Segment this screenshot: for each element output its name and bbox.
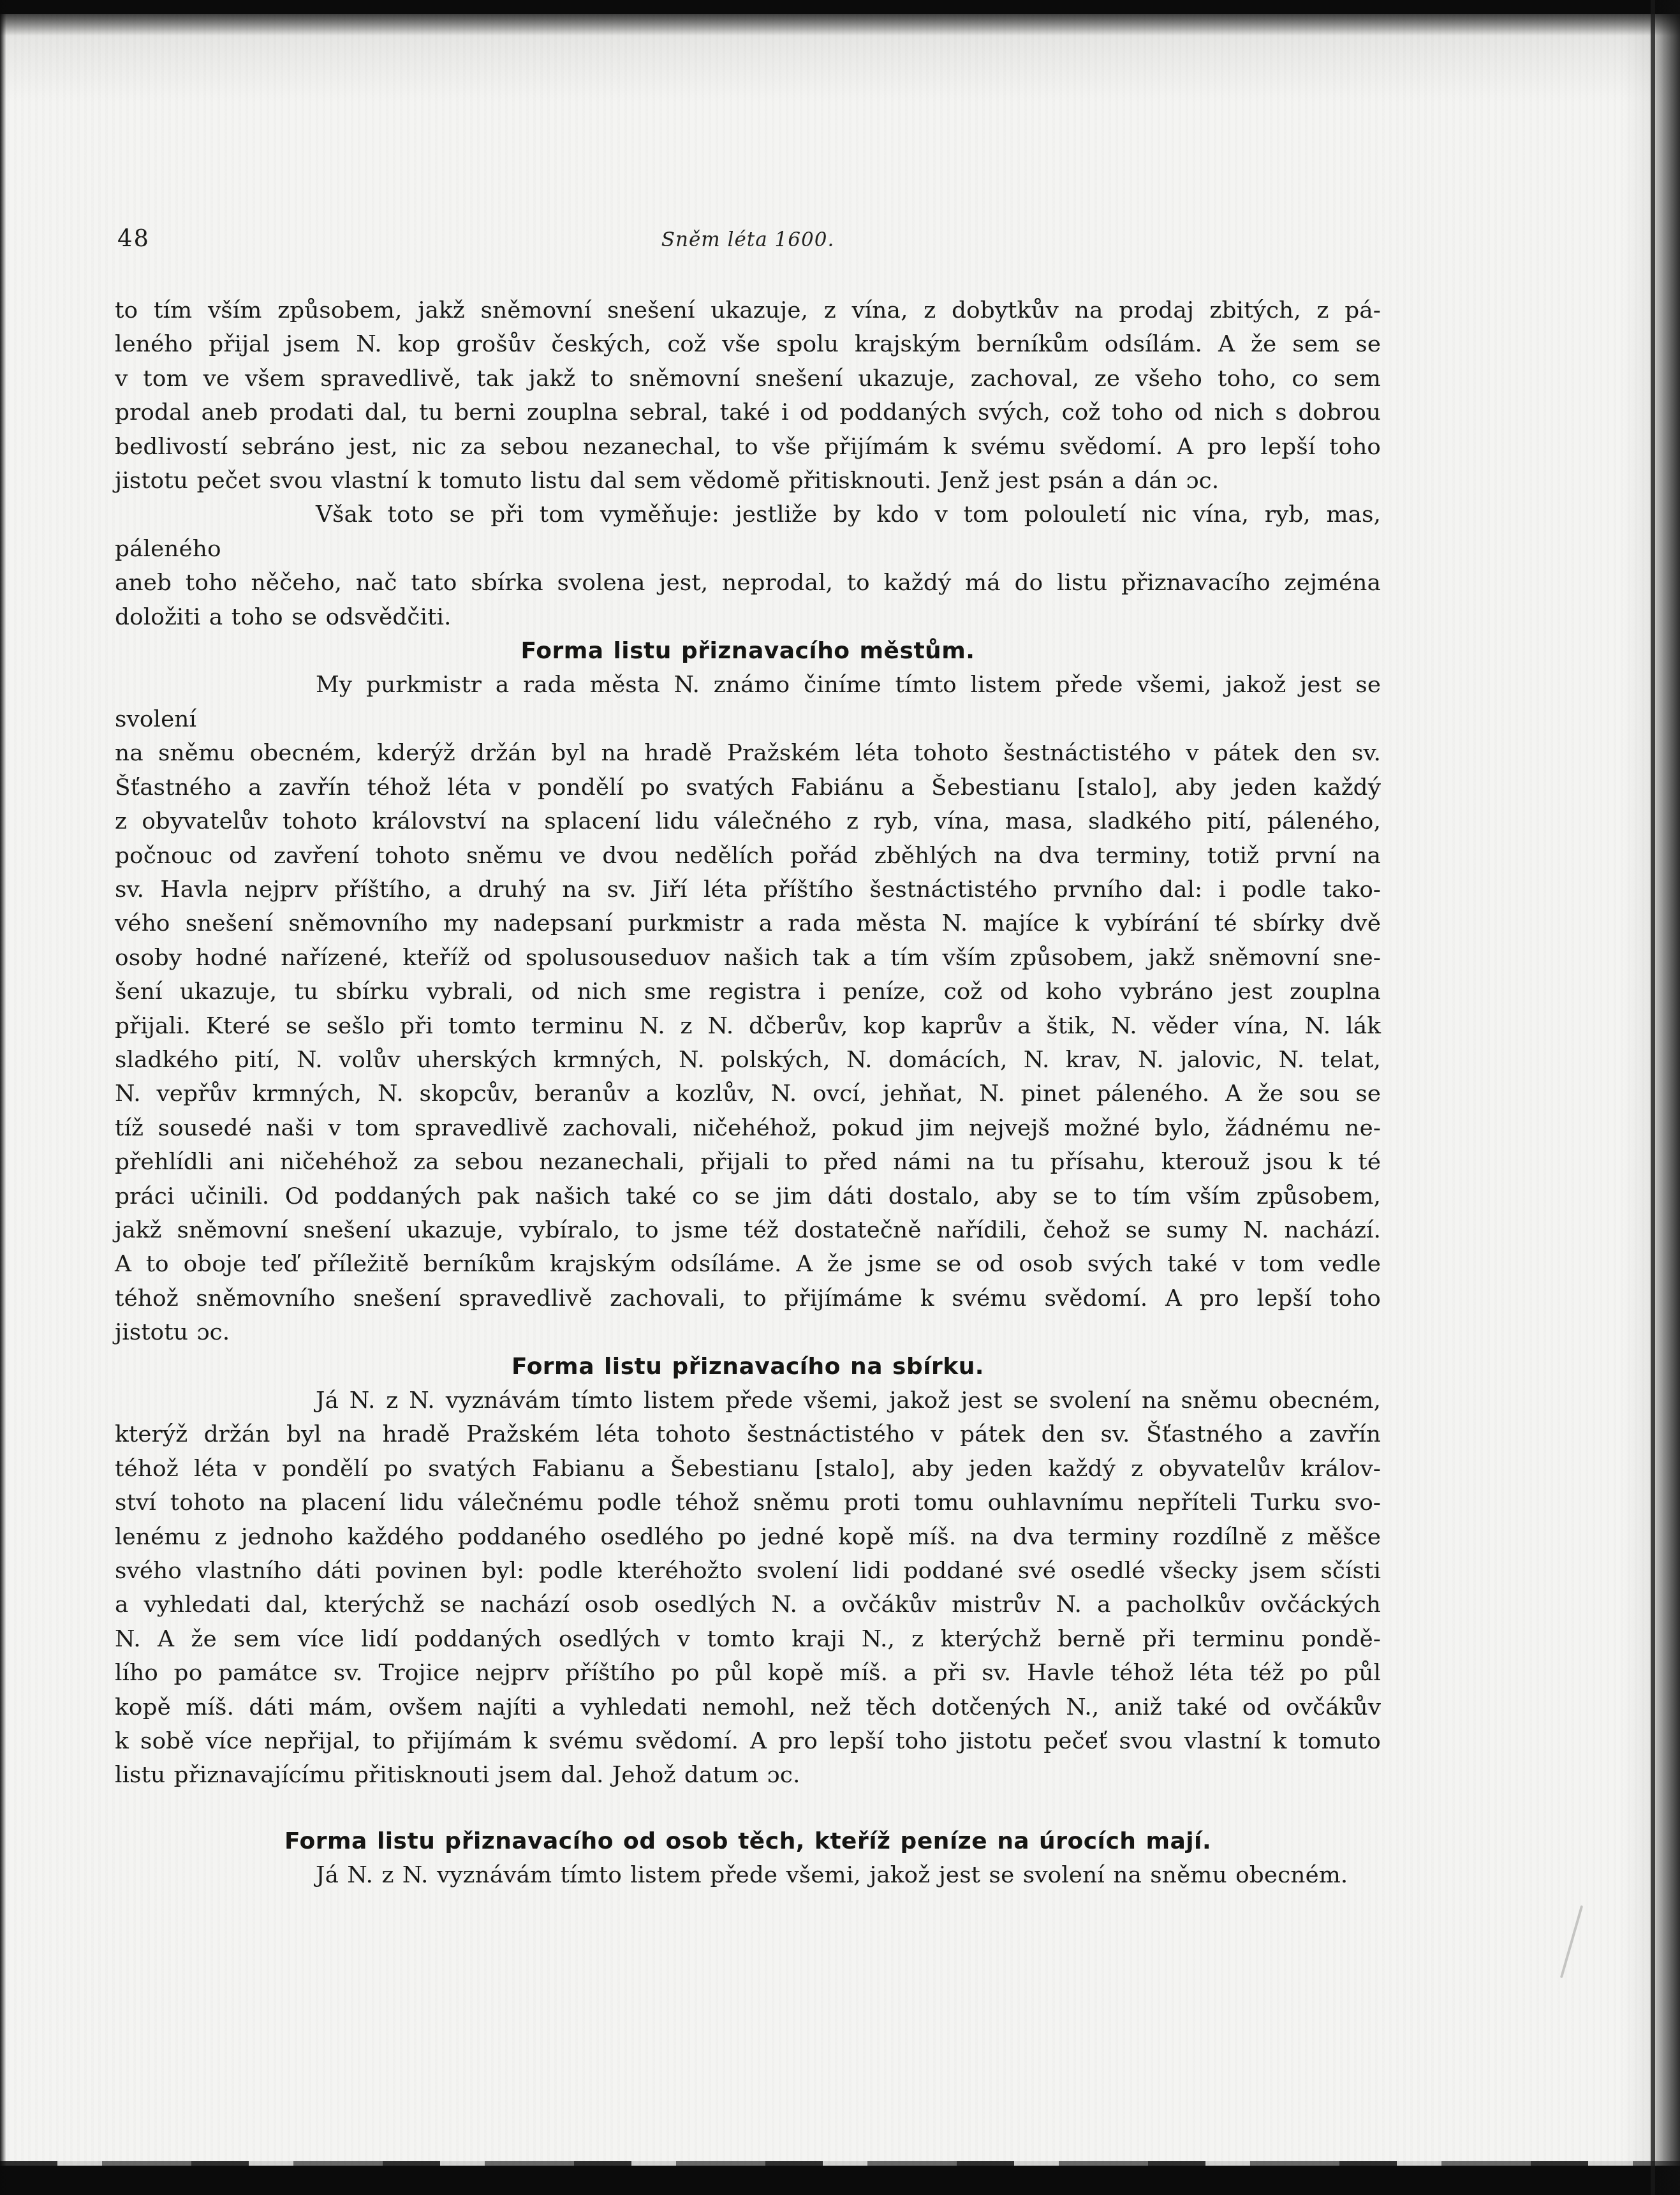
section-heading-1: Forma listu přiznavacího městům. <box>115 634 1381 668</box>
page-text-block: to tím vším způsobem, jakž sněmovní sneš… <box>115 293 1381 1893</box>
scan-edge-top <box>0 0 1680 14</box>
section-heading-2: Forma listu přiznavacího na sbírku. <box>115 1350 1381 1384</box>
scan-edge-top-fade <box>0 14 1680 36</box>
scanned-book-page: { "page": { "number": "48", "running_tit… <box>0 0 1680 2195</box>
body-paragraph-2: Však toto se při tom vyměňuje: jestliže … <box>115 498 1381 634</box>
scan-edge-right-line <box>1651 0 1655 2195</box>
body-paragraph-5: Já N. z N. vyznávám tímto listem přede v… <box>115 1858 1381 1892</box>
running-title: Sněm léta 1600. <box>115 226 1381 254</box>
scan-edge-left <box>0 0 6 2195</box>
body-paragraph-3: My purkmistr a rada města N. známo činím… <box>115 668 1381 1349</box>
body-paragraph-4: Já N. z N. vyznávám tímto listem přede v… <box>115 1384 1381 1792</box>
body-paragraph-1: to tím vším způsobem, jakž sněmovní sneš… <box>115 293 1381 498</box>
scan-edge-bottom <box>0 2166 1680 2195</box>
section-heading-3: Forma listu přiznavacího od osob těch, k… <box>115 1824 1381 1858</box>
running-head: 48 Sněm léta 1600. <box>115 225 1381 254</box>
pen-mark <box>1560 1905 1583 1979</box>
scan-edge-bottom-ragged <box>0 2161 1680 2166</box>
